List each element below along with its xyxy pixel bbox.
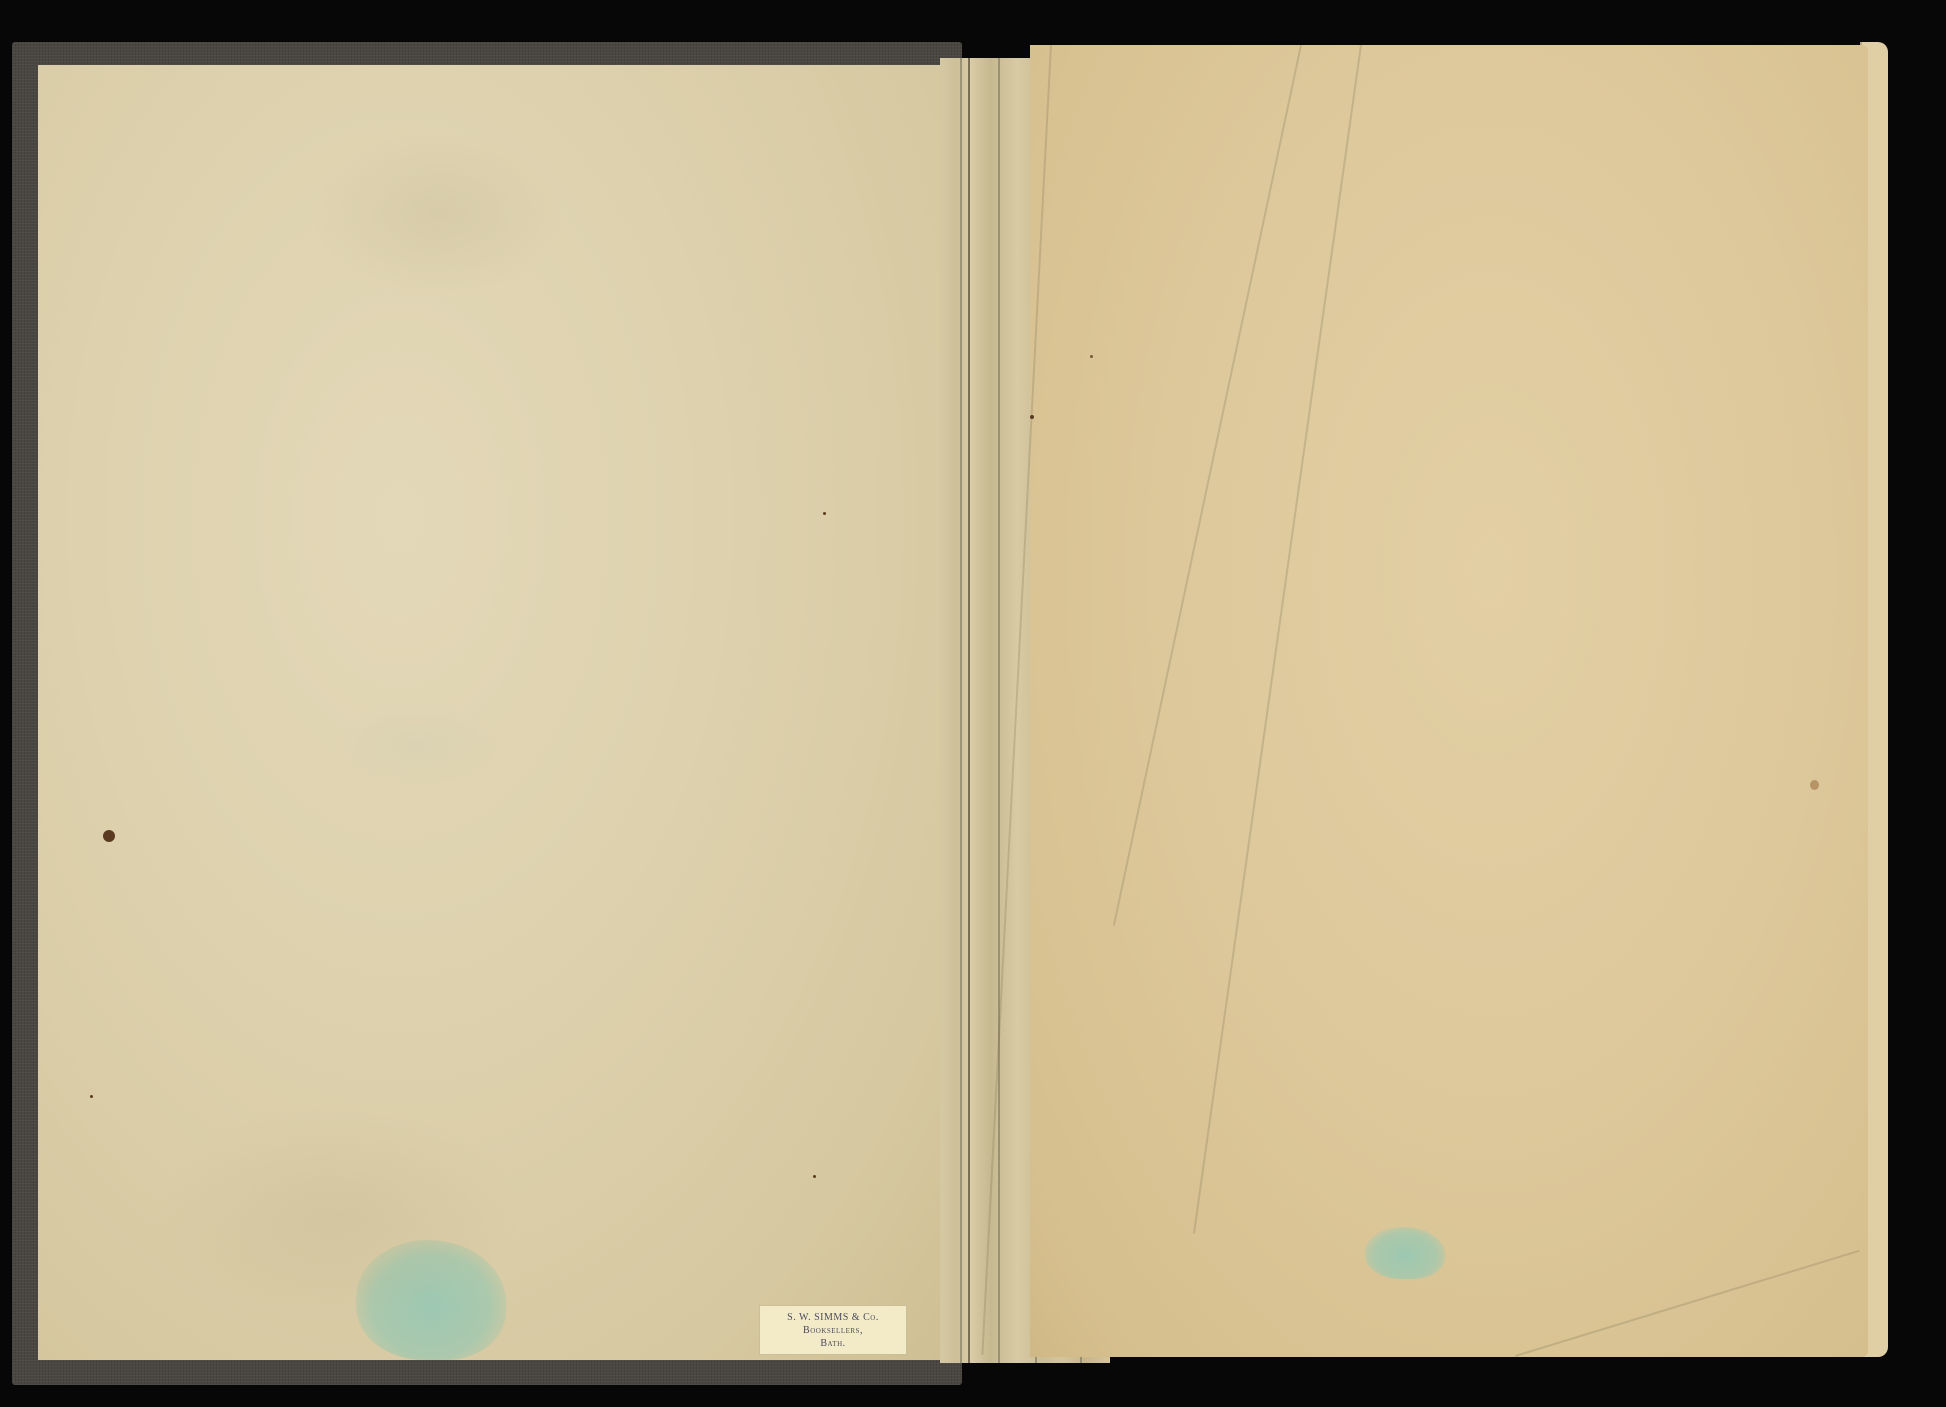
left-pastedown-page bbox=[38, 65, 943, 1360]
foxing-spot bbox=[1030, 415, 1034, 419]
foxing-spot bbox=[90, 1095, 93, 1098]
bookseller-label: S. W. SIMMS & Co. Booksellers, Bath. bbox=[760, 1306, 906, 1354]
foxing-spot bbox=[103, 830, 115, 842]
foxing-spot bbox=[813, 1175, 816, 1178]
right-endpaper-page bbox=[1030, 45, 1868, 1357]
mould-stain bbox=[1365, 1227, 1445, 1279]
bookseller-town: Bath. bbox=[820, 1337, 845, 1350]
foxing-spot bbox=[823, 512, 826, 515]
gutter-fold bbox=[968, 58, 970, 1363]
foxing-spot bbox=[1090, 355, 1093, 358]
page-crease bbox=[1515, 1250, 1860, 1357]
gutter-fold bbox=[998, 58, 1000, 1363]
mould-stain bbox=[356, 1240, 506, 1360]
bookseller-trade: Booksellers, bbox=[803, 1324, 863, 1337]
gutter-fold bbox=[960, 58, 962, 1363]
foxing-spot bbox=[1810, 780, 1819, 790]
page-crease bbox=[1113, 45, 1302, 926]
bookseller-name: S. W. SIMMS & Co. bbox=[787, 1311, 879, 1324]
page-crease bbox=[1193, 45, 1362, 1234]
